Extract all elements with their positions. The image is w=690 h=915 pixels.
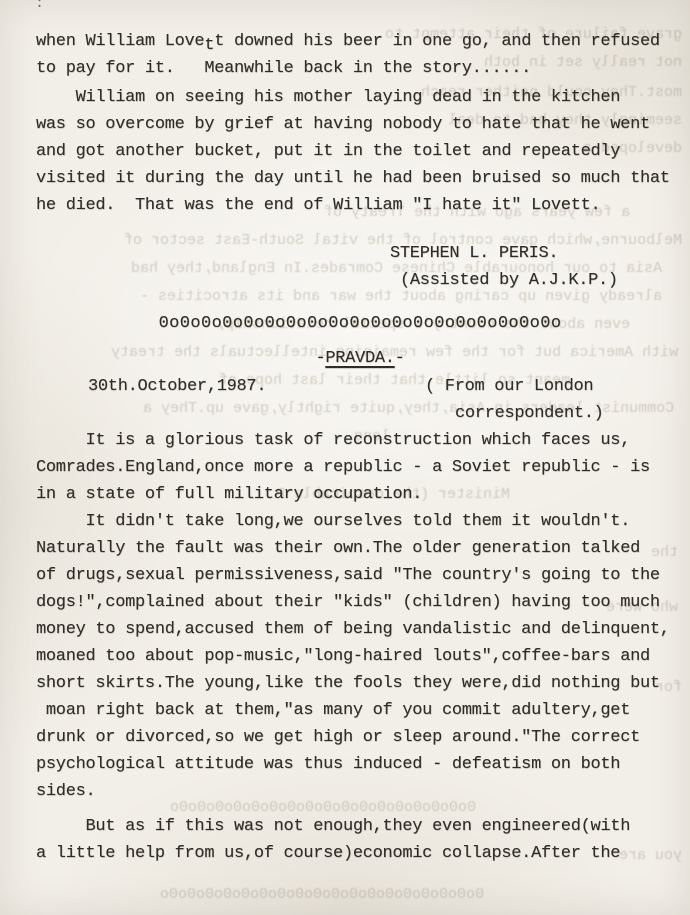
pravda-line: moan right back at them,"as many of you … (36, 697, 684, 724)
dateline-date: 30th.October,1987. (88, 373, 266, 400)
story-paragraph-1-rest: to pay for it. Meanwhile back in the sto… (36, 55, 684, 82)
pravda-line: drunk or divorced,so we get high or slee… (36, 724, 684, 751)
story-line: he died. That was the end of William "I … (36, 192, 684, 219)
document-page: grave failure of their attempt tonot rea… (0, 0, 690, 915)
signature-block: STEPHEN L. PERIS. (Assisted by A.J.K.P.) (390, 240, 684, 294)
dateline: 30th.October,1987. ( From our London cor… (36, 373, 684, 427)
pravda-line: Naturally the fault was their own.The ol… (36, 535, 684, 562)
story-paragraph-2: William on seeing his mother laying dead… (36, 84, 684, 219)
pravda-heading: -PRAVDA.- (36, 345, 684, 372)
typed-text: when William Lovett downed his beer in o… (36, 28, 684, 867)
pravda-line: It is a glorious task of reconstruction … (36, 427, 684, 454)
stray-typewriter-mark: : (35, 0, 44, 12)
pravda-line: a little help from us,of course)economic… (36, 840, 684, 867)
pravda-line: dogs!",complained about their "kids" (ch… (36, 589, 684, 616)
pravda-line: moaned too about pop-music,"long-haired … (36, 643, 684, 670)
pravda-paragraph-2: It didn't take long,we ourselves told th… (36, 508, 684, 805)
section-divider: 0o0o0o0o0o0o0o0o0o0o0o0o0o0o0o0o0o0o0o (36, 310, 684, 337)
pravda-line: But as if this was not enough,they even … (36, 813, 684, 840)
correspondent-line-1: ( From our London (425, 373, 604, 400)
pravda-line: of drugs,sexual permissiveness,said "The… (36, 562, 684, 589)
dateline-correspondent: ( From our London correspondent.) (425, 373, 604, 427)
story-paragraph-1: when William Lovett downed his beer in o… (36, 28, 684, 82)
story-line: visited it during the day until he had b… (36, 165, 684, 192)
story-line: to pay for it. Meanwhile back in the sto… (36, 55, 684, 82)
story-line: was so overcome by grief at having nobod… (36, 111, 684, 138)
pravda-line: money to spend,accused them of being van… (36, 616, 684, 643)
heading-title: PRAVDA. (325, 349, 394, 368)
pravda-paragraph-1: It is a glorious task of reconstruction … (36, 427, 684, 508)
story-line1-dropped-letter: t (204, 36, 214, 55)
story-line1-pre: when William Love (36, 32, 204, 51)
pravda-paragraph-3: But as if this was not enough,they even … (36, 813, 684, 867)
story-line: when William Lovett downed his beer in o… (36, 28, 684, 55)
pravda-line: in a state of full military occupation. (36, 481, 684, 508)
pravda-line: psychological attitude was thus induced … (36, 751, 684, 778)
heading-dash-left: - (315, 349, 325, 368)
assisted-by: (Assisted by A.J.K.P.) (400, 267, 684, 294)
pravda-line: sides. (36, 778, 684, 805)
heading-dash-right: - (395, 349, 405, 368)
story-line1-post: t downed his beer in one go, and then re… (214, 32, 660, 51)
pravda-line: Comrades.England,once more a republic - … (36, 454, 684, 481)
pravda-line: It didn't take long,we ourselves told th… (36, 508, 684, 535)
correspondent-line-2: correspondent.) (425, 400, 604, 427)
story-line: William on seeing his mother laying dead… (36, 84, 684, 111)
author-name: STEPHEN L. PERIS. (390, 240, 684, 267)
pravda-line: short skirts.The young,like the fools th… (36, 670, 684, 697)
bleedthrough-fragment: 0o0o0o0o0o0o0o0o0o0o0o0o0o0o0o0o0o0o (160, 882, 484, 908)
story-line: and got another bucket, put it in the to… (36, 138, 684, 165)
